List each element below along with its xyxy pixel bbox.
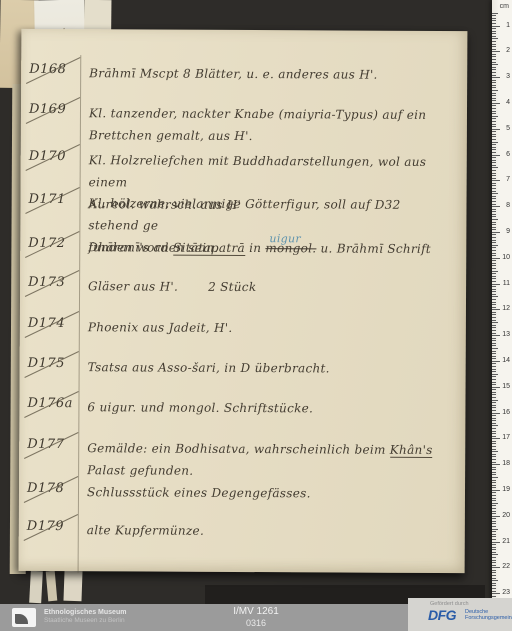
- ruler-tick: [492, 152, 496, 153]
- ruler-cm-label: 11: [503, 280, 510, 287]
- ruler-tick: [492, 142, 498, 143]
- ruler-cm-label: 22: [502, 563, 510, 570]
- entry-text: Khân's: [390, 443, 433, 458]
- ruler-tick: [492, 129, 500, 130]
- ruler-tick: [492, 232, 500, 233]
- dfg-logo: DFG: [428, 607, 456, 623]
- ruler-tick: [492, 325, 496, 326]
- ruler-tick: [492, 413, 500, 414]
- entry-text: Kl. hölzerne, vielarmige Götterfigur, so…: [88, 196, 400, 232]
- ruler-tick: [492, 265, 496, 266]
- ruler-tick: [492, 366, 496, 367]
- ruler-tick: [492, 234, 496, 235]
- ruler-tick: [492, 95, 496, 96]
- ruler-tick: [492, 438, 500, 439]
- ruler-tick: [492, 87, 496, 88]
- entry-number: D170: [29, 149, 79, 164]
- ruler-tick: [492, 67, 496, 68]
- column-rule-line: [78, 55, 82, 573]
- entry-number: D178: [27, 481, 77, 496]
- entry-text: alte Kupfermünze.: [87, 523, 204, 538]
- ruler-tick: [492, 250, 496, 251]
- ruler-tick: [492, 549, 496, 550]
- ruler-tick: [492, 407, 496, 408]
- ruler-tick: [492, 338, 496, 339]
- entry-number: D168: [29, 62, 79, 77]
- ruler-tick: [492, 126, 496, 127]
- ruler-tick: [492, 258, 500, 259]
- ruler-tick: [492, 18, 496, 19]
- ruler-tick: [492, 392, 496, 393]
- ruler-tick: [492, 480, 496, 481]
- ruler-tick: [492, 304, 496, 305]
- catalog-entry: D179alte Kupfermünze.: [19, 519, 465, 521]
- ruler-tick: [492, 193, 498, 194]
- ruler-cm-label: 10: [502, 254, 510, 261]
- ruler-tick: [492, 178, 496, 179]
- ruler-cm-label: 8: [506, 202, 510, 209]
- ruler-cm-label: 9: [506, 228, 510, 235]
- ruler-tick: [492, 263, 496, 264]
- ruler-tick: [492, 209, 496, 210]
- ruler-tick: [492, 449, 496, 450]
- ruler-tick: [492, 570, 496, 571]
- ruler-tick: [492, 575, 496, 576]
- ruler-tick: [492, 487, 496, 488]
- ruler-tick: [492, 356, 496, 357]
- entry-text: 2 Stück: [208, 280, 256, 294]
- ruler-tick: [492, 423, 496, 424]
- ruler-tick: [492, 51, 500, 52]
- entry-number: D174: [28, 316, 78, 331]
- ruler-tick: [492, 80, 496, 81]
- ruler-tick: [492, 436, 496, 437]
- entry-description: Dhāranī's an Sitātapatrā in uigurmongol.…: [88, 236, 454, 261]
- entry-number: D179: [27, 519, 77, 534]
- entry-text: Dhāranī's an: [88, 240, 173, 254]
- entry-description: Tsatsa aus Asso-šari, in D überbracht.: [88, 356, 454, 380]
- ruler-tick: [492, 173, 496, 174]
- ruler-tick: [492, 351, 496, 352]
- ruler-tick: [492, 446, 496, 447]
- ruler-tick: [492, 333, 496, 334]
- ruler-tick: [492, 38, 498, 39]
- ruler-tick: [492, 160, 496, 161]
- ruler-tick: [492, 23, 496, 24]
- ruler-tick: [492, 191, 496, 192]
- ruler-tick: [492, 260, 496, 261]
- ruler-cm-label: 17: [502, 434, 510, 441]
- ruler-tick: [492, 170, 496, 171]
- ruler-tick: [492, 211, 496, 212]
- entry-list: D168Brāhmī Mscpt 8 Blätter, u. e. andere…: [21, 29, 467, 31]
- ruler-tick: [492, 560, 496, 561]
- entry-description: Gläser aus H'.2 Stück: [88, 275, 454, 299]
- ruler-tick: [492, 389, 496, 390]
- entry-description: 6 uigur. und mongol. Schriftstücke.: [87, 396, 453, 420]
- ruler-tick: [492, 410, 496, 411]
- ruler-tick: [492, 578, 496, 579]
- ruler-cm-label: 23: [502, 589, 510, 596]
- ruler-tick: [492, 464, 500, 465]
- ruler-tick: [492, 136, 496, 137]
- entry-description: Schlussstück eines Degengefässes.: [87, 481, 453, 505]
- ruler-tick: [492, 529, 498, 530]
- ruler-tick: [492, 485, 496, 486]
- ruler-tick: [492, 363, 496, 364]
- manuscript-page: D168Brāhmī Mscpt 8 Blätter, u. e. andere…: [19, 29, 468, 573]
- ruler-tick: [492, 420, 496, 421]
- ruler-tick: [492, 490, 500, 491]
- ruler-tick: [492, 183, 496, 184]
- ruler-tick: [492, 291, 496, 292]
- ruler-tick: [492, 222, 496, 223]
- ruler-tick: [492, 180, 500, 181]
- ruler-tick: [492, 387, 500, 388]
- ruler-tick: [492, 271, 498, 272]
- ruler-tick: [492, 185, 496, 186]
- entry-text: Gläser aus H'.: [88, 279, 178, 293]
- ruler-tick: [492, 591, 496, 592]
- ruler-tick: [492, 567, 500, 568]
- ruler-tick: [492, 572, 496, 573]
- ruler-tick: [492, 144, 496, 145]
- ruler-tick: [492, 335, 500, 336]
- ruler-tick: [492, 588, 496, 589]
- ruler-tick: [492, 85, 496, 86]
- ruler-tick: [492, 278, 496, 279]
- ruler-cm-label: 7: [506, 176, 510, 183]
- ruler-tick: [492, 289, 496, 290]
- entry-text: Phoenix aus Jadeit, H'.: [88, 320, 233, 335]
- ruler-tick: [492, 369, 496, 370]
- entry-text: u. Brāhmī Schrift: [316, 241, 431, 256]
- ruler-tick: [492, 175, 496, 176]
- ruler-tick: [492, 443, 496, 444]
- ruler-cm-label: 20: [502, 512, 510, 519]
- ruler-tick: [492, 345, 496, 346]
- ruler-tick: [492, 46, 496, 47]
- ruler-tick: [492, 124, 496, 125]
- ruler-tick: [492, 59, 496, 60]
- ruler-tick: [492, 247, 496, 248]
- catalog-entry: D169Kl. tanzender, nackter Knabe (maiyri…: [21, 102, 467, 104]
- ruler-tick: [492, 62, 496, 63]
- entry-text: Gemälde: ein Bodhisatva, wahrscheinlich …: [87, 441, 390, 457]
- ruler-tick: [492, 131, 496, 132]
- ruler-tick: [492, 320, 496, 321]
- ruler-tick: [492, 253, 496, 254]
- ruler-tick: [492, 149, 496, 150]
- ruler-tick: [492, 518, 496, 519]
- ruler-tick: [492, 98, 496, 99]
- ruler-tick: [492, 327, 496, 328]
- ruler-tick: [492, 147, 496, 148]
- dfg-org-name: Deutsche Forschungsgemeinschaft: [465, 609, 511, 621]
- ruler-tick: [492, 54, 496, 55]
- ruler-tick: [492, 15, 496, 16]
- dfg-panel: Gefördert durch DFG Deutsche Forschungsg…: [408, 598, 512, 631]
- ruler-tick: [492, 374, 498, 375]
- entry-description: Phoenix aus Jadeit, H'.: [88, 316, 454, 340]
- ruler-tick: [492, 286, 496, 287]
- ruler-tick: [492, 167, 498, 168]
- ruler-tick: [492, 477, 498, 478]
- ruler-tick: [492, 72, 496, 73]
- ruler-tick: [492, 521, 496, 522]
- entry-number: D177: [27, 437, 77, 452]
- ruler-tick: [492, 415, 496, 416]
- entry-text: Tsatsa aus Asso-šari, in D überbracht.: [88, 360, 330, 375]
- ruler-tick: [492, 482, 496, 483]
- ruler-tick: [492, 100, 496, 101]
- ruler-tick: [492, 492, 496, 493]
- ruler-tick: [492, 294, 496, 295]
- entry-number: D169: [29, 102, 79, 117]
- bottom-page-strip: [29, 571, 43, 604]
- ruler-tick: [492, 69, 496, 70]
- ruler-tick: [492, 216, 496, 217]
- ruler-cm-label: 1: [506, 22, 510, 29]
- ruler-tick: [492, 516, 500, 517]
- ruler-tick: [492, 554, 498, 555]
- entry-number: D176a: [27, 396, 77, 411]
- ruler-tick: [492, 157, 496, 158]
- ruler-tick: [492, 371, 496, 372]
- ruler-tick: [492, 376, 496, 377]
- ruler-tick: [492, 121, 496, 122]
- ruler-tick: [492, 49, 496, 50]
- ruler-tick: [492, 113, 496, 114]
- catalog-entry: D174Phoenix aus Jadeit, H'.: [20, 316, 466, 318]
- ruler-tick: [492, 214, 496, 215]
- ruler-tick: [492, 353, 496, 354]
- ruler-cm-label: 15: [502, 383, 510, 390]
- entry-number: D172: [28, 236, 78, 251]
- ruler-tick: [492, 580, 498, 581]
- ruler-tick: [492, 544, 496, 545]
- ruler-tick: [492, 224, 496, 225]
- entry-text: Kl. Holzreliefchen mit Buddhadarstellung…: [89, 153, 427, 189]
- ruler-tick: [492, 552, 496, 553]
- ruler-tick: [492, 547, 496, 548]
- ruler-tick: [492, 451, 498, 452]
- entry-text: Palast gefunden.: [87, 463, 193, 478]
- ruler-cm-label: 14: [502, 357, 510, 364]
- ruler-cm-label: 16: [502, 409, 510, 416]
- ruler-tick: [492, 268, 496, 269]
- ruler-tick: [492, 505, 496, 506]
- ruler-tick: [492, 523, 496, 524]
- ruler-tick: [492, 82, 496, 83]
- ruler-tick: [492, 237, 496, 238]
- ruler-tick: [492, 188, 496, 189]
- ruler-tick: [492, 312, 496, 313]
- ruler-tick: [492, 309, 500, 310]
- ruler-tick: [492, 28, 496, 29]
- ruler-tick: [492, 431, 496, 432]
- ruler-tick: [492, 204, 496, 205]
- ruler-cm-label: 19: [502, 486, 510, 493]
- ruler-tick: [492, 384, 496, 385]
- ruler-tick: [492, 317, 496, 318]
- ruler-tick: [492, 565, 496, 566]
- ruler-tick: [492, 330, 496, 331]
- ruler-tick: [492, 196, 496, 197]
- ruler-tick: [492, 343, 496, 344]
- ruler-tick: [492, 198, 496, 199]
- ruler-cm-label: 2: [506, 47, 510, 54]
- entry-text: 6 uigur. und mongol. Schriftstücke.: [87, 400, 313, 415]
- ruler-tick: [492, 358, 496, 359]
- ruler-tick: [492, 20, 496, 21]
- ruler-tick: [492, 219, 498, 220]
- ruler-tick: [492, 361, 500, 362]
- ruler-tick: [492, 511, 496, 512]
- ruler-tick: [492, 56, 496, 57]
- ruler-tick: [492, 454, 496, 455]
- ruler-cm-label: 4: [506, 99, 510, 106]
- entry-description: Gemälde: ein Bodhisatva, wahrscheinlich …: [87, 437, 453, 483]
- ruler-tick: [492, 276, 496, 277]
- entry-description: Kl. tanzender, nackter Knabe (maiyria-Ty…: [89, 102, 455, 148]
- ruler-tick: [492, 397, 496, 398]
- ruler-tick: [492, 103, 500, 104]
- ruler-tick: [492, 513, 496, 514]
- ruler-tick: [492, 240, 496, 241]
- ruler-tick: [492, 134, 496, 135]
- ruler-tick: [492, 441, 496, 442]
- ruler-tick: [492, 562, 496, 563]
- ruler-cm-label: 6: [506, 151, 510, 158]
- entry-text: Kl. tanzender, nackter Knabe (maiyria-Ty…: [89, 106, 426, 122]
- bottom-page-strip: [63, 571, 82, 602]
- ruler-tick: [492, 307, 496, 308]
- ruler-tick: [492, 462, 496, 463]
- ruler-tick: [492, 340, 496, 341]
- ruler-tick: [492, 508, 496, 509]
- ruler-tick: [492, 64, 498, 65]
- ruler-tick: [492, 379, 496, 380]
- ruler-tick: [492, 433, 496, 434]
- ruler-tick: [492, 227, 496, 228]
- ruler-cm-label: 12: [502, 305, 510, 312]
- ruler-tick: [492, 474, 496, 475]
- ruler-tick: [492, 36, 496, 37]
- ruler-cm-label: 18: [502, 460, 510, 467]
- entry-text: in: [245, 241, 265, 255]
- ruler-tick: [492, 469, 496, 470]
- ruler-tick: [492, 585, 496, 586]
- entry-text: Brāhmī Mscpt 8 Blätter, u. e. anderes au…: [89, 66, 378, 82]
- ruler-cm-label: 13: [502, 331, 510, 338]
- ruler-tick: [492, 284, 500, 285]
- ruler-tick: [492, 456, 496, 457]
- ruler-tick: [492, 242, 496, 243]
- ruler-tick: [492, 394, 496, 395]
- ruler-tick: [492, 281, 496, 282]
- ruler: cm 1234567891011121314151617181920212223: [492, 0, 512, 604]
- ruler-tick: [492, 33, 496, 34]
- ruler-tick: [492, 296, 498, 297]
- ruler-tick: [492, 116, 498, 117]
- ruler-tick: [492, 400, 498, 401]
- ruler-tick: [492, 31, 496, 32]
- ruler-tick: [492, 402, 496, 403]
- catalog-entry: D176a6 uigur. und mongol. Schriftstücke.: [20, 396, 466, 398]
- ruler-tick: [492, 428, 496, 429]
- ruler-tick: [492, 583, 496, 584]
- ruler-tick: [492, 93, 496, 94]
- ruler-tick: [492, 322, 498, 323]
- ruler-tick: [492, 418, 496, 419]
- ruler-tick: [492, 467, 496, 468]
- ruler-tick: [492, 500, 496, 501]
- catalog-entry: D173Gläser aus H'.2 Stück: [20, 275, 466, 277]
- entry-text: Sitātapatrā: [173, 241, 245, 256]
- ruler-tick: [492, 314, 496, 315]
- footer-bar: Ethnologisches Museum Staatliche Museen …: [0, 604, 512, 631]
- ruler-tick: [492, 255, 496, 256]
- catalog-entry: D168Brāhmī Mscpt 8 Blätter, u. e. andere…: [21, 62, 467, 64]
- ruler-tick: [492, 155, 500, 156]
- ruler-tick: [492, 165, 496, 166]
- entry-number: D173: [28, 275, 78, 290]
- ruler-tick: [492, 299, 496, 300]
- ruler-tick: [492, 26, 500, 27]
- ruler-cm-label: 3: [506, 73, 510, 80]
- ruler-tick: [492, 201, 496, 202]
- ruler-tick: [492, 557, 496, 558]
- ruler-tick: [492, 111, 496, 112]
- entry-number: D171: [28, 192, 78, 207]
- ruler-tick: [492, 13, 498, 14]
- ruler-tick: [492, 539, 496, 540]
- ruler-tick: [492, 105, 496, 106]
- scan-viewport: D168Brāhmī Mscpt 8 Blätter, u. e. andere…: [0, 0, 512, 631]
- ruler-tick: [492, 495, 496, 496]
- entry-description: alte Kupfermünze.: [87, 519, 453, 543]
- ruler-tick: [492, 542, 500, 543]
- ruler-tick: [492, 536, 496, 537]
- ruler-tick: [492, 503, 498, 504]
- ruler-tick: [492, 118, 496, 119]
- ruler-tick: [492, 44, 496, 45]
- entry-text: Brettchen gemalt, aus H'.: [89, 128, 253, 143]
- bottom-page-strip: [46, 571, 58, 602]
- ruler-unit-label: cm: [500, 3, 509, 10]
- ruler-tick: [492, 75, 496, 76]
- ruler-tick: [492, 593, 500, 594]
- ruler-tick: [492, 206, 500, 207]
- catalog-entry: D170Kl. Holzreliefchen mit Buddhadarstel…: [21, 149, 467, 151]
- catalog-entry: D177Gemälde: ein Bodhisatva, wahrscheinl…: [19, 437, 465, 439]
- ruler-tick: [492, 245, 498, 246]
- ruler-tick: [492, 531, 496, 532]
- entry-number: D175: [28, 356, 78, 371]
- ruler-tick: [492, 526, 496, 527]
- entry-description: Brāhmī Mscpt 8 Blätter, u. e. anderes au…: [89, 62, 455, 86]
- ruler-cm-label: 21: [502, 538, 510, 545]
- ruler-tick: [492, 534, 496, 535]
- ruler-tick: [492, 498, 496, 499]
- ruler-tick: [492, 405, 496, 406]
- ruler-tick: [492, 302, 496, 303]
- ruler-tick: [492, 472, 496, 473]
- catalog-entry: D175Tsatsa aus Asso-šari, in D überbrach…: [20, 356, 466, 358]
- ruler-tick: [492, 425, 498, 426]
- ruler-tick: [492, 596, 496, 597]
